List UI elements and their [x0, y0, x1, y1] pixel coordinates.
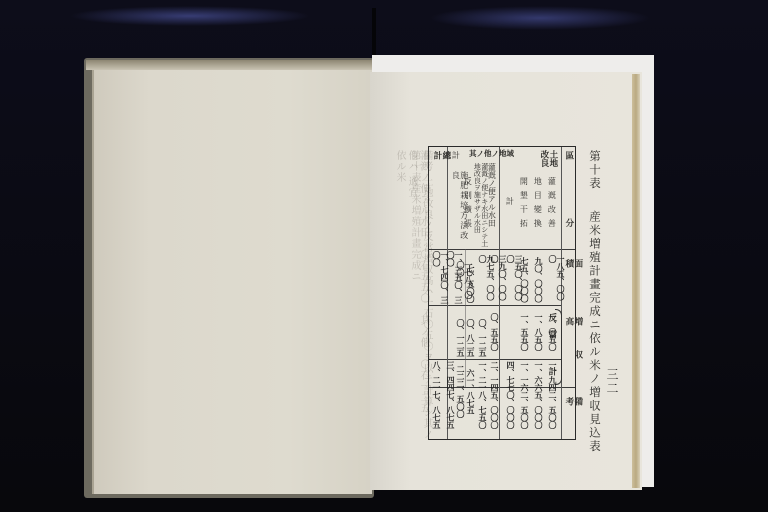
table-number: 第十表 — [588, 150, 602, 191]
yield-total-grand: 八、二一七、八七五 — [433, 361, 441, 431]
per-tan-value: 〇、八二五 — [467, 319, 475, 357]
yield-total-value: 一、六六五、〇〇〇 — [535, 361, 543, 431]
header-rule — [429, 249, 575, 250]
header-remarks: 備 考 — [564, 397, 582, 435]
yield-total-value: 一、一六二、五〇〇 — [521, 361, 529, 431]
area-value: 三五〇、〇〇〇 — [507, 255, 523, 305]
per-tan-value: 〇、五五〇 — [491, 313, 499, 357]
row-label: 灌漑改善 — [547, 177, 555, 247]
yield-total-value: 一、九四二、五〇〇 — [549, 361, 557, 431]
row-label: 計 — [505, 197, 513, 217]
header-yield-increase: 増 収 高 — [564, 317, 582, 383]
yield-total-value: 二、一四五、〇〇〇 — [491, 361, 499, 431]
per-tan-value: 一、〇五〇 — [549, 313, 557, 357]
area-value: 九七五、〇〇〇 — [479, 255, 495, 305]
area-value-grand: 一、七四〇、三〇〇 — [433, 251, 449, 305]
yield-total-value: 三、四四七、八七五 — [447, 361, 455, 431]
row-label: 計 — [451, 151, 459, 163]
area-rule — [429, 305, 561, 306]
yield-total-value: 二二二、五〇〇 — [457, 365, 465, 429]
group-land-improvement: 土地改良 — [539, 150, 557, 172]
group-other-areas: 其ノ他ノ地域 — [469, 150, 499, 158]
backdrop-divider — [372, 8, 376, 60]
left-page — [92, 70, 372, 494]
area-value: 一八五、〇〇〇 — [549, 255, 565, 305]
row-label: 地目變換 — [533, 177, 541, 247]
yield-total-value: 四、七七〇、〇〇〇 — [507, 361, 515, 431]
row-label: 開墾干拓 — [519, 177, 527, 247]
per-tan-rule — [429, 359, 561, 360]
yield-total-value: 一、二一八、七五〇 — [479, 361, 487, 431]
right-page-edge — [632, 74, 640, 488]
yield-table: 區 分 面 積 反 當 計 増 収 高 備 考 土地改良 灌漑改善 地目變換 開… — [428, 146, 576, 440]
header-area: 面 積 — [564, 259, 582, 299]
per-tan-value: 〇、一二五 — [479, 319, 487, 357]
per-tan-value: 〇、一二五 — [457, 319, 465, 357]
row-label: 灌漑ノ便ナキ水田ニシテ土地改良ヲ施サザル水田 — [473, 163, 488, 247]
yield-total-value: 六一、八七五 — [467, 369, 475, 429]
page-number: 三二 — [604, 368, 621, 396]
grand-total-label: 總計 — [432, 151, 450, 247]
row-label: 施肥栽培方法改良 — [451, 171, 468, 247]
header-category: 區 分 — [564, 151, 573, 241]
table-title: 産米増殖計畫完成ニ依ル米ノ増収見込表 — [588, 210, 602, 453]
area-value: 九〇、〇〇〇 — [535, 257, 543, 305]
table-title-block: 第十表 産米増殖計畫完成ニ依ル米ノ増収見込表 — [587, 150, 603, 453]
per-tan-value: 一、五五〇 — [521, 313, 529, 357]
left-page-top-edge — [86, 60, 372, 70]
per-tan-value: 一、八五〇 — [535, 313, 543, 357]
